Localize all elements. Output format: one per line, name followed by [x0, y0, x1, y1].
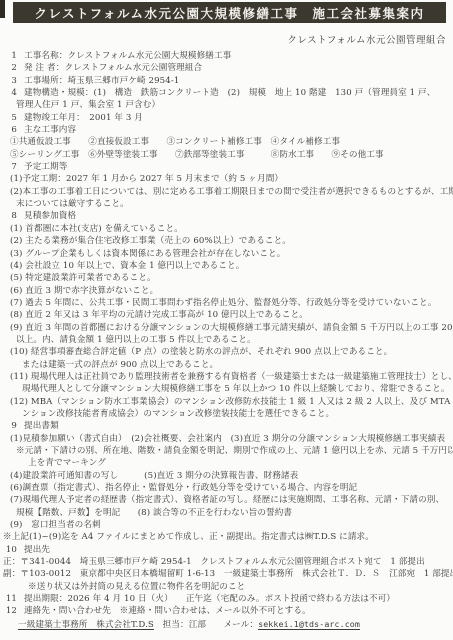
line-text: (9) 窓口担当者の名刺: [10, 519, 101, 531]
line-text: (3) グループ企業もしくは資本関係にある管理会社が存在しないこと。: [10, 248, 285, 260]
line-segment: メール：: [206, 620, 258, 630]
doc-line: 3工事場所：埼玉県三郷市戸ケ崎 2954-1: [0, 75, 453, 87]
line-text: 規模【階数、戸数】を明記 (8) 談合等の不正を行わない旨の誓約書: [16, 507, 292, 519]
doc-line: 副：〒103-0012 東京都中央区日本橋堀留町 1-6-13 一級建築士事務所…: [0, 568, 453, 580]
line-text: (6) 直近 3 期で赤字決算がないこと。: [10, 285, 158, 297]
line-number: 2: [3, 62, 17, 74]
line-text: 提出期限：2026 年 4 月 10 日（火） 正午迄（宅配のみ。ポスト投函で終…: [24, 593, 395, 605]
line-number: 8: [3, 210, 17, 222]
line-number: 6: [3, 124, 17, 136]
line-text: (8) 直近 2 年又は 3 年平均の元請け完成工事高が 10 億円以上であるこ…: [10, 309, 308, 321]
doc-line: 以上。内、請負金額 1 億円以上の工事 5 件以上であること。: [0, 334, 453, 346]
doc-line: 5建物竣工年月： 2001 年 3 月: [0, 112, 453, 124]
contact-email: sekkei.1@tds-arc.com: [258, 619, 360, 629]
line-text: 連絡先・問い合わせ先 ※連絡・問い合わせは、メール以外不可とする。: [24, 605, 311, 617]
line-text: 副：〒103-0012 東京都中央区日本橋堀留町 1-6-13 一級建築士事務所…: [3, 568, 453, 580]
line-text: 管理人住戸 1 戸、集会室 1 戸含む）: [16, 99, 160, 111]
doc-line: 一級建築士事務所 株式会社T.D.S 担当：江部 メール：sekkei.1@td…: [0, 618, 453, 630]
doc-line: (5) 特定建設業許可業者であること。: [0, 272, 453, 284]
line-text: (2) 主たる業務が集合住宅改修工事業（売上の 60%以上）であること。: [10, 235, 291, 247]
doc-line: 6主な工事内容: [0, 124, 453, 136]
doc-line: ※上記(1)~(9)迄を A4 ファイルにまとめて作成し、正・副提出。指定書式は…: [0, 531, 453, 543]
line-number: 4: [3, 87, 17, 99]
line-text: 建物竣工年月： 2001 年 3 月: [24, 112, 143, 124]
doc-line: ⑤シーリング工事 ⑥外壁等塗装工事 ⑦鉄部等塗装工事 ⑧防水工事 ⑨その他工事: [0, 149, 453, 161]
line-number: 12: [3, 605, 17, 617]
line-text: 一級建築士事務所 株式会社T.D.S 担当：江部 メール：sekkei.1@td…: [18, 618, 360, 630]
line-segment: 担当：江部: [154, 620, 206, 630]
doc-line: (6)調査票（指定書式）、指名停止・監督処分・行政処分等を受けている場合、内容を…: [0, 482, 453, 494]
page-title: クレストフォルム水元公園大規模修繕工事 施工会社募集案内: [34, 4, 424, 22]
line-text: (6)調査票（指定書式）、指名停止・監督処分・行政処分等を受けている場合、内容を…: [10, 482, 357, 494]
doc-line: 7予定工期等: [0, 161, 453, 173]
doc-line: (2)本工事の工事着工日については、別に定める工事着工期限日までの間で受注者が選…: [0, 186, 453, 198]
line-text: (1) 首都圏に本社(支店) を備えていること。: [10, 223, 183, 235]
line-number: 5: [3, 112, 17, 124]
line-number: 1: [3, 50, 17, 62]
line-text: ンション改修技能者育成協会）のマンション改修塗装技能士を選任できること。: [22, 408, 334, 420]
doc-line: 4建物構造・規模：(1) 構造 鉄筋コンクリート造 (2) 規模 地上 10 階…: [0, 87, 453, 99]
doc-line: ①共通仮設工事 ②直接仮設工事 ③コンクリート補修工事 ④タイル補修工事: [0, 136, 453, 148]
doc-line: 管理人住戸 1 戸、集会室 1 戸含む）: [0, 99, 453, 111]
doc-line: 11提出期限：2026 年 4 月 10 日（火） 正午迄（宅配のみ。ポスト投函…: [0, 593, 453, 605]
line-number: 11: [3, 593, 17, 605]
doc-line: 9提出書類: [0, 420, 453, 432]
line-text: (11) 現場代理人は正社員であり監理技術者を兼務する有資格者（一級建築士または…: [10, 371, 453, 383]
scan-artifact-mark: [0, 0, 5, 18]
line-text: 建物構造・規模：(1) 構造 鉄筋コンクリート造 (2) 規模 地上 10 階建…: [24, 87, 435, 99]
doc-line: 上を青でマーキング: [0, 457, 453, 469]
line-text: (1)予定工期：2027 年 1 月から 2027 年 5 月末まで（約 5 ヶ…: [10, 173, 283, 185]
title-bar: クレストフォルム水元公園大規模修繕工事 施工会社募集案内: [13, 2, 446, 23]
doc-line: 正：〒341-0044 埼玉県三郷市戸ケ崎 2954-1 クレストフォルム水元公…: [0, 556, 453, 568]
line-text: 工事場所：埼玉県三郷市戸ケ崎 2954-1: [24, 75, 179, 87]
doc-line: 規模【階数、戸数】を明記 (8) 談合等の不正を行わない旨の誓約書: [0, 507, 453, 519]
line-text: 予定工期等: [24, 161, 67, 173]
doc-line: 2発 注 者：クレストフォルム水元公園管理組合: [0, 62, 453, 74]
org-name: クレストフォルム水元公園管理組合: [287, 32, 446, 46]
doc-line: (9) 窓口担当者の名刺: [0, 519, 453, 531]
line-text: 提出書類: [24, 420, 59, 432]
doc-line: (10) 経営事項審査総合評定値（P 点）の塗装と防水の評点が、それぞれ 900…: [0, 346, 453, 358]
line-segment: 一級建築士事務所 株式会社T.D.S: [18, 620, 154, 630]
doc-line: (12) MBA（マンション防水工事業協会）のマンション改修防水技能士 1 級 …: [0, 396, 453, 408]
line-text: (7) 過去 5 年間に、公共工事・民間工事問わず指名停止処分、監督処分等、行政…: [10, 297, 436, 309]
doc-line: 現場代理人として分譲マンション大規模修繕工事を 5 年以上かつ 10 件以上経験…: [0, 383, 453, 395]
doc-line: (4) 会社設立 10 年以上で、資本金 1 億円以上であること。: [0, 260, 453, 272]
line-text: 以上。内、請負金額 1 億円以上の工事 5 件以上であること。: [16, 334, 256, 346]
line-text: 提出先: [24, 544, 50, 556]
line-number: 10: [3, 544, 17, 556]
line-text: (2)本工事の工事着工日については、別に定める工事着工期限日までの間で受注者が選…: [10, 186, 453, 198]
doc-line: (8) 直近 2 年又は 3 年平均の元請け完成工事高が 10 億円以上であるこ…: [0, 309, 453, 321]
doc-line: (4)建設業許可通知書の写し (5)直近 3 期分の決算報告書、財務諸表: [0, 470, 453, 482]
line-text: (12) MBA（マンション防水工事業協会）のマンション改修防水技能士 1 級 …: [10, 396, 453, 408]
doc-line: (7) 過去 5 年間に、公共工事・民間工事問わず指名停止処分、監督処分等、行政…: [0, 297, 453, 309]
doc-line: 8見積参加資格: [0, 210, 453, 222]
doc-line: (1)見積参加願い（書式自由） (2)会社概要、会社案内 (3)直近 3 期分の…: [0, 433, 453, 445]
line-text: ※送り状又は外封筒の見える位置に物件名を明記のこと: [28, 581, 245, 593]
doc-line: ※送り状又は外封筒の見える位置に物件名を明記のこと: [0, 581, 453, 593]
doc-line: 10提出先: [0, 544, 453, 556]
doc-line: ※元請・下請けの別、所在地、階数・請負金額を明記、期別で作成の上、元請 1 億円…: [0, 445, 453, 457]
line-number: 7: [3, 161, 17, 173]
line-text: または建築一式の評点が 900 点以上であること。: [22, 359, 218, 371]
line-text: 発 注 者：クレストフォルム水元公園管理組合: [24, 62, 202, 74]
line-text: (7)現場代理人予定者の経歴書（指定書式）、資格者証の写し。経歴には実施期間、工…: [10, 494, 444, 506]
doc-line: (1)予定工期：2027 年 1 月から 2027 年 5 月末まで（約 5 ヶ…: [0, 173, 453, 185]
line-text: (9) 直近 3 年間の首都圏における分譲マンションの大規模修繕工事元請実績が、…: [10, 322, 453, 334]
doc-line: または建築一式の評点が 900 点以上であること。: [0, 359, 453, 371]
line-text: 主な工事内容: [24, 124, 76, 136]
line-text: ※元請・下請けの別、所在地、階数・請負金額を明記、期別で作成の上、元請 1 億円…: [16, 445, 453, 457]
doc-line: (7)現場代理人予定者の経歴書（指定書式）、資格者証の写し。経歴には実施期間、工…: [0, 494, 453, 506]
line-text: (1)見積参加願い（書式自由） (2)会社概要、会社案内 (3)直近 3 期分の…: [10, 433, 445, 445]
line-text: 現場代理人として分譲マンション大規模修繕工事を 5 年以上かつ 10 件以上経験…: [22, 383, 450, 395]
line-text: 工事名称：クレストフォルム水元公園大規模修繕工事: [24, 50, 231, 62]
line-text: ※上記(1)~(9)迄を A4 ファイルにまとめて作成し、正・副提出。指定書式は…: [3, 531, 374, 543]
doc-line: 末については厳守すること。: [0, 198, 453, 210]
document-body: 1工事名称：クレストフォルム水元公園大規模修繕工事2発 注 者：クレストフォルム…: [0, 50, 453, 630]
line-text: (4)建設業許可通知書の写し (5)直近 3 期分の決算報告書、財務諸表: [10, 470, 298, 482]
doc-line: 12連絡先・問い合わせ先 ※連絡・問い合わせは、メール以外不可とする。: [0, 605, 453, 617]
line-text: 末については厳守すること。: [16, 198, 129, 210]
doc-line: (9) 直近 3 年間の首都圏における分譲マンションの大規模修繕工事元請実績が、…: [0, 322, 453, 334]
line-text: 正：〒341-0044 埼玉県三郷市戸ケ崎 2954-1 クレストフォルム水元公…: [3, 556, 425, 568]
line-text: (4) 会社設立 10 年以上で、資本金 1 億円以上であること。: [10, 260, 244, 272]
doc-line: (3) グループ企業もしくは資本関係にある管理会社が存在しないこと。: [0, 248, 453, 260]
line-text: ⑤シーリング工事 ⑥外壁等塗装工事 ⑦鉄部等塗装工事 ⑧防水工事 ⑨その他工事: [10, 149, 384, 161]
line-text: (5) 特定建設業許可業者であること。: [10, 272, 156, 284]
doc-line: 1工事名称：クレストフォルム水元公園大規模修繕工事: [0, 50, 453, 62]
line-text: (10) 経営事項審査総合評定値（P 点）の塗装と防水の評点が、それぞれ 900…: [10, 346, 392, 358]
doc-line: (1) 首都圏に本社(支店) を備えていること。: [0, 223, 453, 235]
line-text: ①共通仮設工事 ②直接仮設工事 ③コンクリート補修工事 ④タイル補修工事: [10, 136, 340, 148]
doc-line: ンション改修技能者育成協会）のマンション改修塗装技能士を選任できること。: [0, 408, 453, 420]
line-number: 9: [3, 420, 17, 432]
line-text: 上を青でマーキング: [28, 457, 106, 469]
line-number: 3: [3, 75, 17, 87]
doc-line: (2) 主たる業務が集合住宅改修工事業（売上の 60%以上）であること。: [0, 235, 453, 247]
doc-line: (6) 直近 3 期で赤字決算がないこと。: [0, 285, 453, 297]
document-page: クレストフォルム水元公園大規模修繕工事 施工会社募集案内 クレストフォルム水元公…: [0, 0, 453, 640]
doc-line: (11) 現場代理人は正社員であり監理技術者を兼務する有資格者（一級建築士または…: [0, 371, 453, 383]
line-text: 見積参加資格: [24, 210, 76, 222]
